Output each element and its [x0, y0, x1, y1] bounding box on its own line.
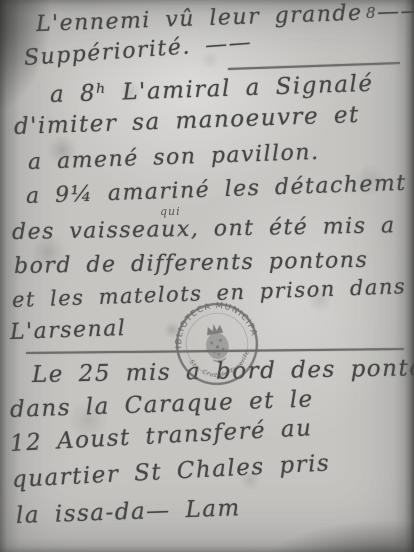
- library-stamp-graphic: BIBLIOTECA MUNICIPAL Sta. Cruz de Teneri…: [166, 293, 268, 395]
- stamp-crest-emblem: [202, 322, 231, 364]
- manuscript-line: bord de differents pontons: [14, 248, 369, 279]
- interline-insertion: qui: [160, 205, 181, 218]
- manuscript-line: des vaisseaux, ont été mis a: [12, 213, 396, 245]
- manuscript-line: la issa-da— Lam: [16, 495, 242, 529]
- manuscript-photo: 8 L'ennemi vû leur grande —— Suppériorit…: [0, 0, 414, 552]
- library-stamp: BIBLIOTECA MUNICIPAL Sta. Cruz de Teneri…: [166, 293, 268, 395]
- manuscript-line: L'arsenal: [10, 316, 127, 345]
- manuscript-line: quartier St Chales pris: [11, 450, 331, 493]
- manuscript-line: a 9¼ amariné les détachemt: [26, 171, 408, 209]
- ink-rule-short: [228, 62, 400, 70]
- manuscript-line: a amené son pavillon.: [28, 140, 320, 175]
- manuscript-line: d'imiter sa manoeuvre et: [14, 102, 361, 140]
